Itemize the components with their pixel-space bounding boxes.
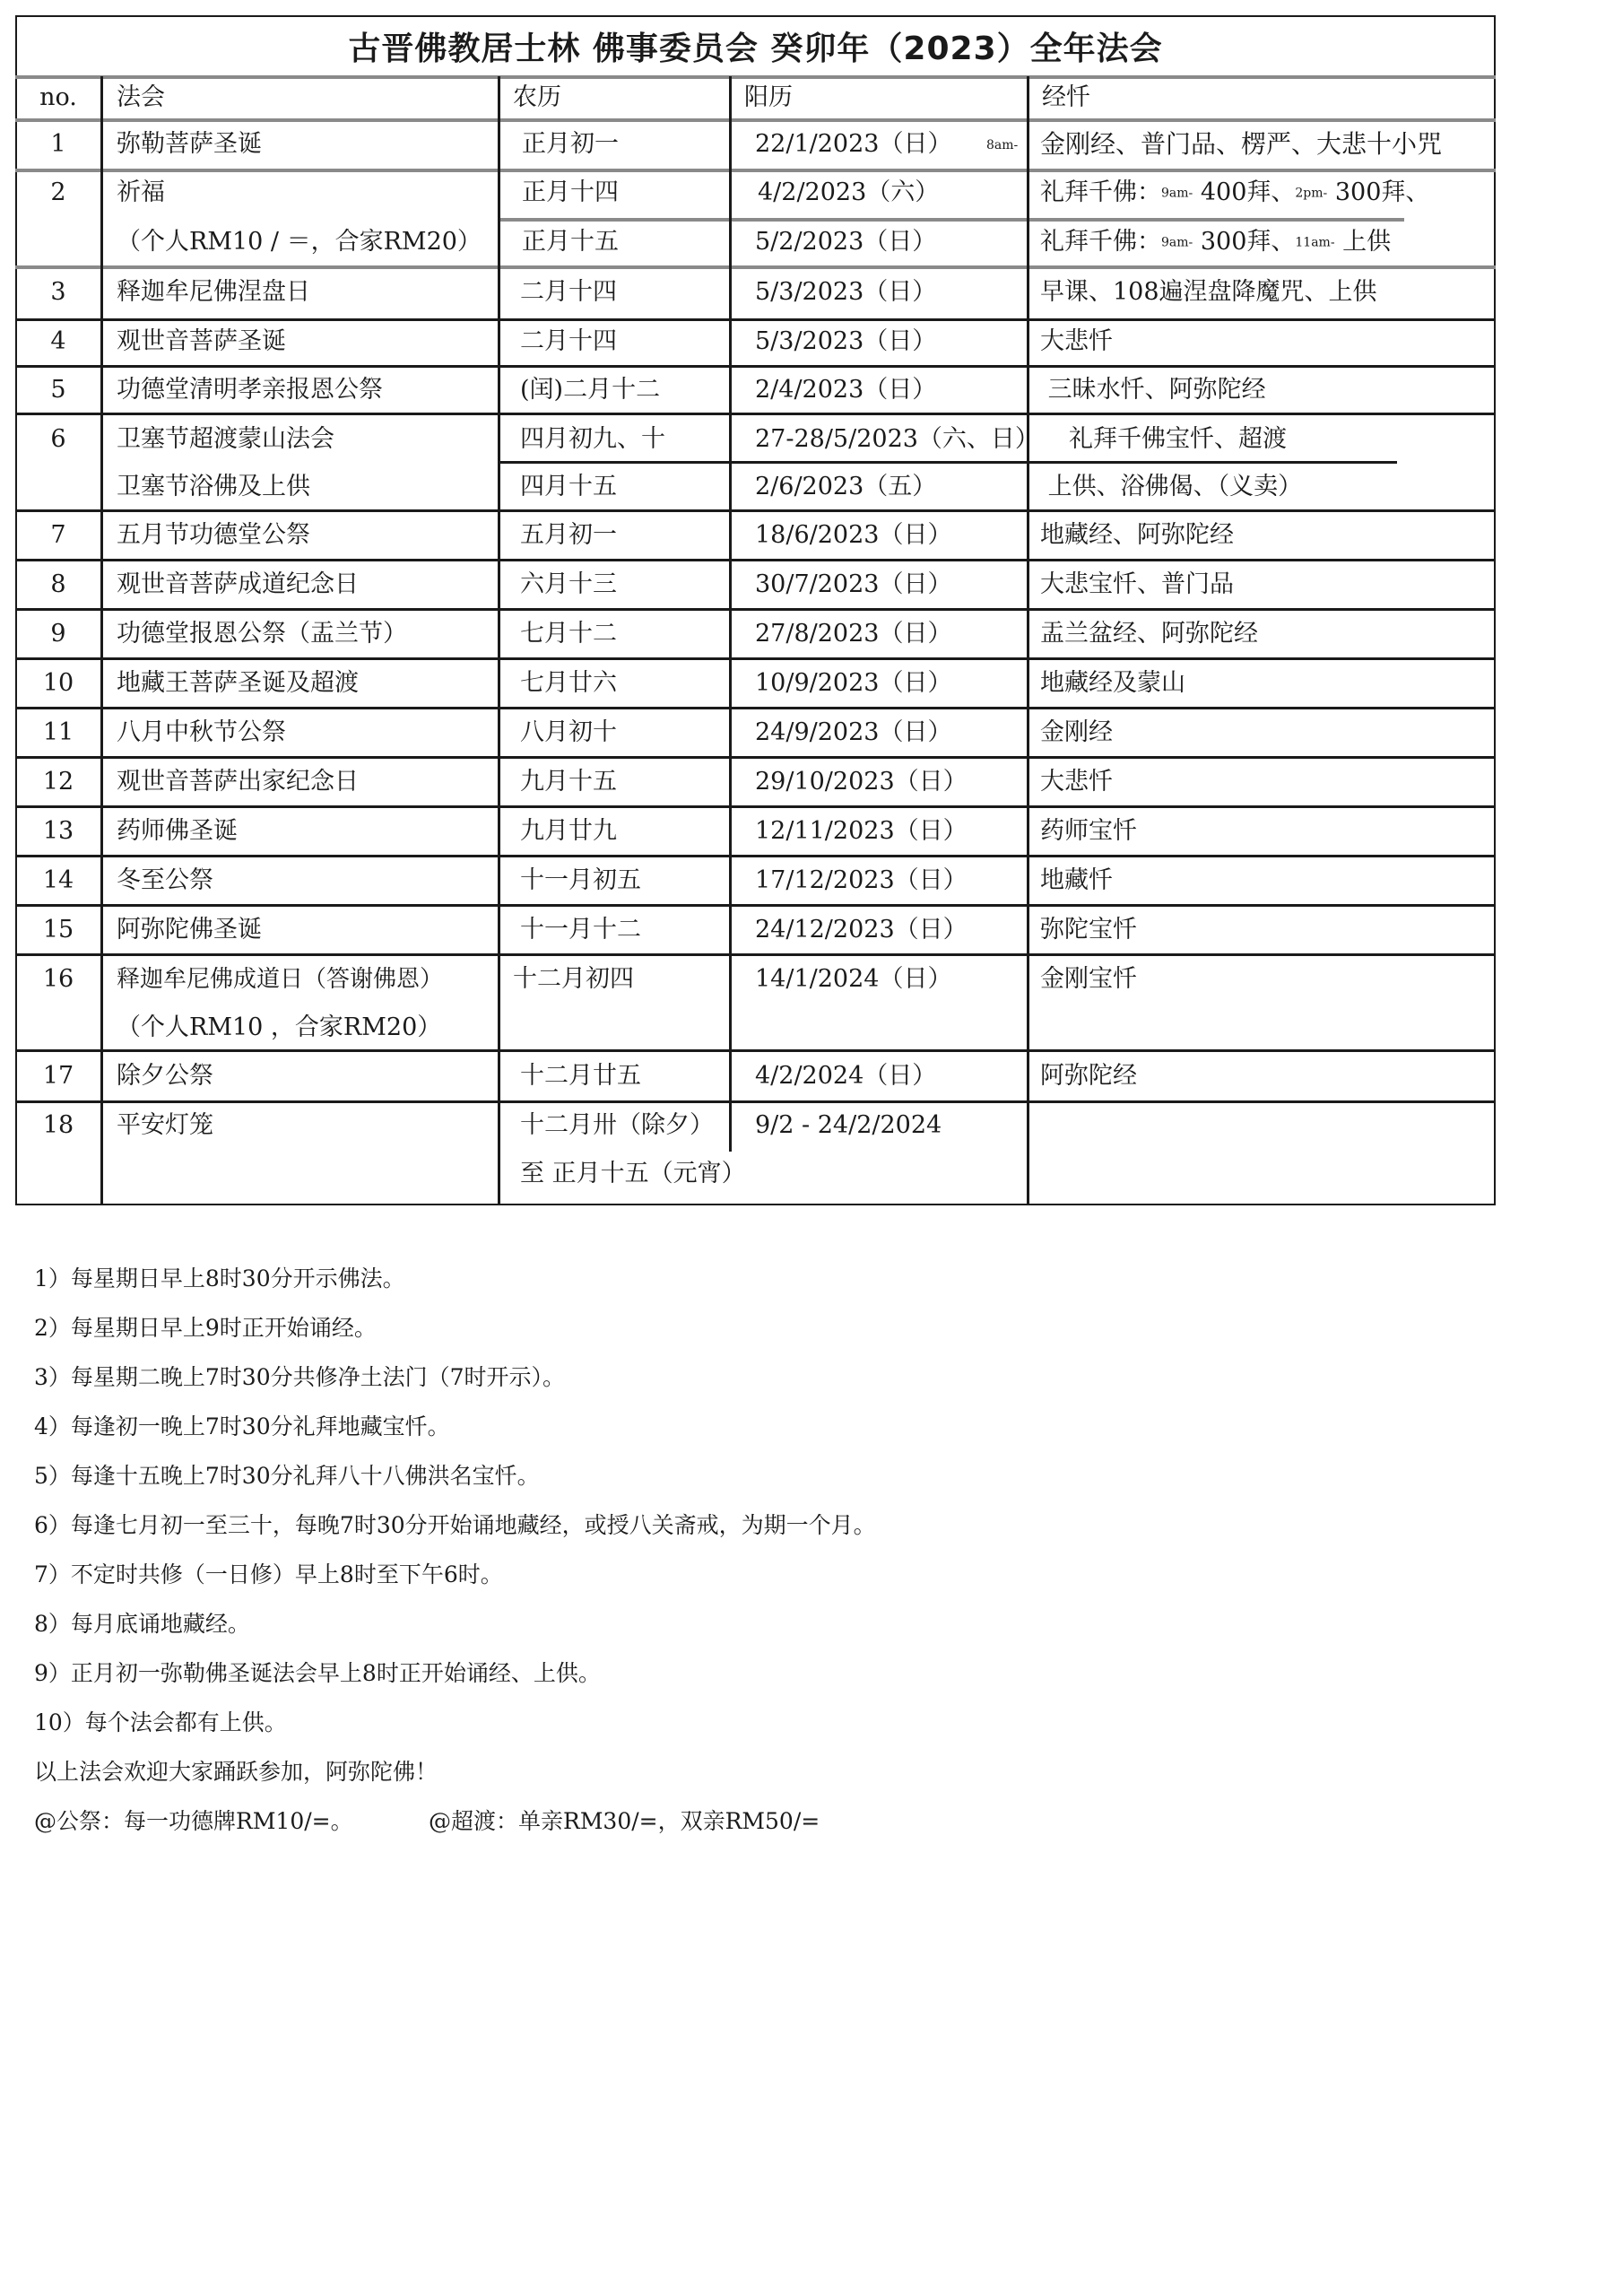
row-solar: 29/10/2023（日） [755,769,968,796]
row-divider [15,413,1496,415]
row-event: 八月中秋节公祭 [117,719,286,746]
row-event: 释迦牟尼佛成道日（答谢佛恩） [117,966,443,993]
note-item: 8）每月底诵地藏经。 [34,1611,250,1638]
time-note: 9am- [1161,236,1193,250]
row-solar: 5/2/2023（日） [755,229,936,256]
row-divider [15,559,1496,561]
row-no: 4 [15,328,101,355]
row-divider [15,855,1496,857]
row-no: 16 [15,966,101,993]
row-divider [15,756,1496,759]
row-event-note: （个人RM10 / ＝，合家RM20） [117,229,482,256]
column-divider [498,76,500,1205]
row-lunar: 六月十三 [520,571,617,598]
row-divider [15,169,1496,172]
row-subdivider [1028,218,1404,222]
time-note: 11am- [1295,236,1334,250]
row-divider [15,608,1496,611]
note-item: 2）每星期日早上9时正开始诵经。 [34,1315,377,1342]
row-event: 观世音菩萨出家纪念日 [117,769,359,796]
row-solar: 2/6/2023（五） [755,474,936,500]
row-event: 五月节功德堂公祭 [117,522,310,549]
row-event: 观世音菩萨圣诞 [117,328,286,355]
sutra-text: 300拜、 [1193,228,1295,256]
header-event: 法会 [117,84,165,111]
row-lunar: 正月十四 [522,179,619,206]
row-solar: 30/7/2023（日） [755,571,951,598]
row-sutra: 礼拜千佛：9am- 300拜、11am- 上供 [1040,229,1391,257]
row-sutra: 弥陀宝忏 [1040,917,1137,944]
row-lunar: 八月初十 [520,719,617,746]
row-no: 7 [15,522,101,549]
row-divider [15,1049,1496,1052]
row-event: 地藏王菩萨圣诞及超渡 [117,670,359,697]
row-lunar: 十一月十二 [520,917,641,944]
row-event: 卫塞节浴佛及上供 [117,474,310,500]
row-solar: 24/9/2023（日） [755,719,951,746]
row-event: 卫塞节超渡蒙山法会 [117,426,334,453]
row-lunar: 十二月卅（除夕） [520,1112,714,1139]
row-sutra: 礼拜千佛宝忏、超渡 [1069,426,1287,453]
row-sutra: 金刚宝忏 [1040,966,1137,993]
row-sutra: 地藏忏 [1040,867,1113,894]
row-event: 释迦牟尼佛涅盘日 [117,279,310,306]
row-lunar: 七月廿六 [520,670,617,697]
row-lunar: 十一月初五 [520,867,641,894]
row-divider [15,707,1496,709]
row-solar: 22/1/2023（日） [755,131,951,158]
row-no: 2 [15,179,101,206]
row-no: 15 [15,917,101,944]
row-solar: 2/4/2023（日） [755,377,936,404]
row-solar: 9/2 - 24/2/2024 [755,1112,942,1139]
row-event: 平安灯笼 [117,1112,213,1139]
row-solar: 5/3/2023（日） [755,279,936,306]
row-lunar: 至 正月十五（元宵） [520,1161,746,1187]
note-item: 1）每星期日早上8时30分开示佛法。 [34,1265,405,1292]
row-event: 祈福 [117,179,165,206]
row-lunar: 正月十五 [522,229,619,256]
row-lunar: 十二月廿五 [520,1063,641,1090]
row-sutra: 金刚经 [1040,719,1113,746]
closing-text: 以上法会欢迎大家踊跃参加，阿弥陀佛！ [34,1759,438,1786]
row-divider [15,118,1496,122]
table-bottom-border [15,1204,1496,1205]
row-lunar: 七月十二 [520,621,617,648]
row-sutra: 三昧水忏、阿弥陀经 [1040,377,1266,404]
fee-memorial: @公祭：每一功德牌RM10/=。 [34,1808,353,1835]
row-solar: 14/1/2024（日） [755,966,951,993]
row-event: 阿弥陀佛圣诞 [117,917,262,944]
row-subdivider [499,461,1397,464]
row-divider [15,1100,1496,1103]
row-no: 3 [15,279,101,306]
row-solar: 27/8/2023（日） [755,621,951,648]
row-sutra: 礼拜千佛：9am- 400拜、2pm- 300拜、 [1040,179,1429,207]
sutra-text: 上供 [1335,228,1392,256]
header-sutra: 经忏 [1042,84,1090,111]
row-no: 12 [15,769,101,796]
row-sutra: 上供、浴佛偈、（义卖） [1040,474,1302,500]
row-no: 13 [15,818,101,845]
row-event: 观世音菩萨成道纪念日 [117,571,359,598]
row-subdivider [499,218,1028,222]
sutra-text: 300拜、 [1327,178,1429,206]
row-divider [15,657,1496,660]
row-divider [15,805,1496,808]
row-no: 5 [15,377,101,404]
row-divider [15,953,1496,956]
row-no: 11 [15,719,101,746]
header-lunar: 农历 [513,84,561,111]
row-divider [15,75,1496,79]
row-solar: 5/3/2023（日） [755,328,936,355]
row-no: 18 [15,1112,101,1139]
row-divider [15,318,1496,321]
row-lunar: 二月十四 [520,328,617,355]
note-item: 9）正月初一弥勒佛圣诞法会早上8时正开始诵经、上供。 [34,1660,601,1687]
row-sutra: 阿弥陀经 [1040,1063,1137,1090]
row-divider [15,265,1496,269]
row-solar: 10/9/2023（日） [755,670,951,697]
row-lunar: 五月初一 [520,522,617,549]
note-item: 5）每逢十五晚上7时30分礼拜八十八佛洪名宝忏。 [34,1463,540,1490]
row-no: 8 [15,571,101,598]
row-sutra: 早课、108遍涅盘降魔咒、上供 [1040,279,1377,306]
row-solar: 4/2/2023（六） [758,179,939,206]
row-solar: 4/2/2024（日） [755,1063,936,1090]
row-divider [15,509,1496,512]
column-divider [1027,76,1029,1205]
fee-deliverance: @超渡：单亲RM30/=，双亲RM50/= [429,1808,820,1835]
row-sutra: 大悲忏 [1040,769,1113,796]
time-note: 2pm- [1295,187,1327,201]
row-sutra: 金刚经、普门品、楞严、大悲十小咒 [1040,131,1442,158]
row-lunar: 四月初九、十 [520,426,665,453]
column-divider [729,76,732,1103]
sutra-text: 礼拜千佛： [1040,228,1161,256]
header-no: no. [15,84,101,111]
row-lunar: (闰)二月十二 [520,377,660,404]
row-no: 6 [15,426,101,453]
row-event: 冬至公祭 [117,867,213,894]
sutra-text: 礼拜千佛： [1040,178,1161,206]
row-time-note: 8am- [986,138,1018,152]
column-divider-partial [729,1101,732,1152]
note-item: 7）不定时共修（一日修）早上8时至下午6时。 [34,1561,503,1588]
row-lunar: 九月十五 [520,769,617,796]
row-no: 1 [15,131,101,158]
row-event: 功德堂清明孝亲报恩公祭 [117,377,383,404]
row-lunar: 正月初一 [522,131,619,158]
row-sutra: 盂兰盆经、阿弥陀经 [1040,621,1258,648]
row-lunar: 九月廿九 [520,818,617,845]
row-lunar: 四月十五 [520,474,617,500]
row-no: 17 [15,1063,101,1090]
row-event-note: （个人RM10 ，合家RM20） [117,1014,441,1041]
row-event: 弥勒菩萨圣诞 [117,131,262,158]
row-no: 9 [15,621,101,648]
row-event: 功德堂报恩公祭（盂兰节） [117,621,407,648]
row-sutra: 地藏经及蒙山 [1040,670,1185,697]
row-event: 药师佛圣诞 [117,818,238,845]
row-divider [15,904,1496,907]
row-solar: 17/12/2023（日） [755,867,968,894]
row-sutra: 药师宝忏 [1040,818,1137,845]
row-sutra: 大悲宝忏、普门品 [1040,571,1234,598]
page-title: 古晋佛教居士林 佛事委员会 癸卯年（2023）全年法会 [15,15,1496,76]
row-solar: 12/11/2023（日） [755,818,968,845]
sutra-text: 400拜、 [1193,178,1295,206]
row-sutra: 地藏经、阿弥陀经 [1040,522,1234,549]
row-solar: 27-28/5/2023（六、日） [755,426,1039,453]
row-sutra: 大悲忏 [1040,328,1113,355]
row-solar: 24/12/2023（日） [755,917,968,944]
time-note: 9am- [1161,187,1193,201]
header-solar: 阳历 [744,84,793,111]
row-divider [15,365,1496,368]
row-no: 10 [15,670,101,697]
row-no: 14 [15,867,101,894]
row-lunar: 十二月初四 [513,966,634,993]
note-item: 4）每逢初一晚上7时30分礼拜地藏宝忏。 [34,1413,450,1440]
note-item: 10）每个法会都有上供。 [34,1709,287,1736]
row-lunar: 二月十四 [520,279,617,306]
note-item: 6）每逢七月初一至三十，每晚7时30分开始诵地藏经，或授八关斋戒，为期一个月。 [34,1512,876,1539]
row-event: 除夕公祭 [117,1063,213,1090]
row-solar: 18/6/2023（日） [755,522,951,549]
note-item: 3）每星期二晚上7时30分共修净土法门（7时开示）。 [34,1364,565,1391]
